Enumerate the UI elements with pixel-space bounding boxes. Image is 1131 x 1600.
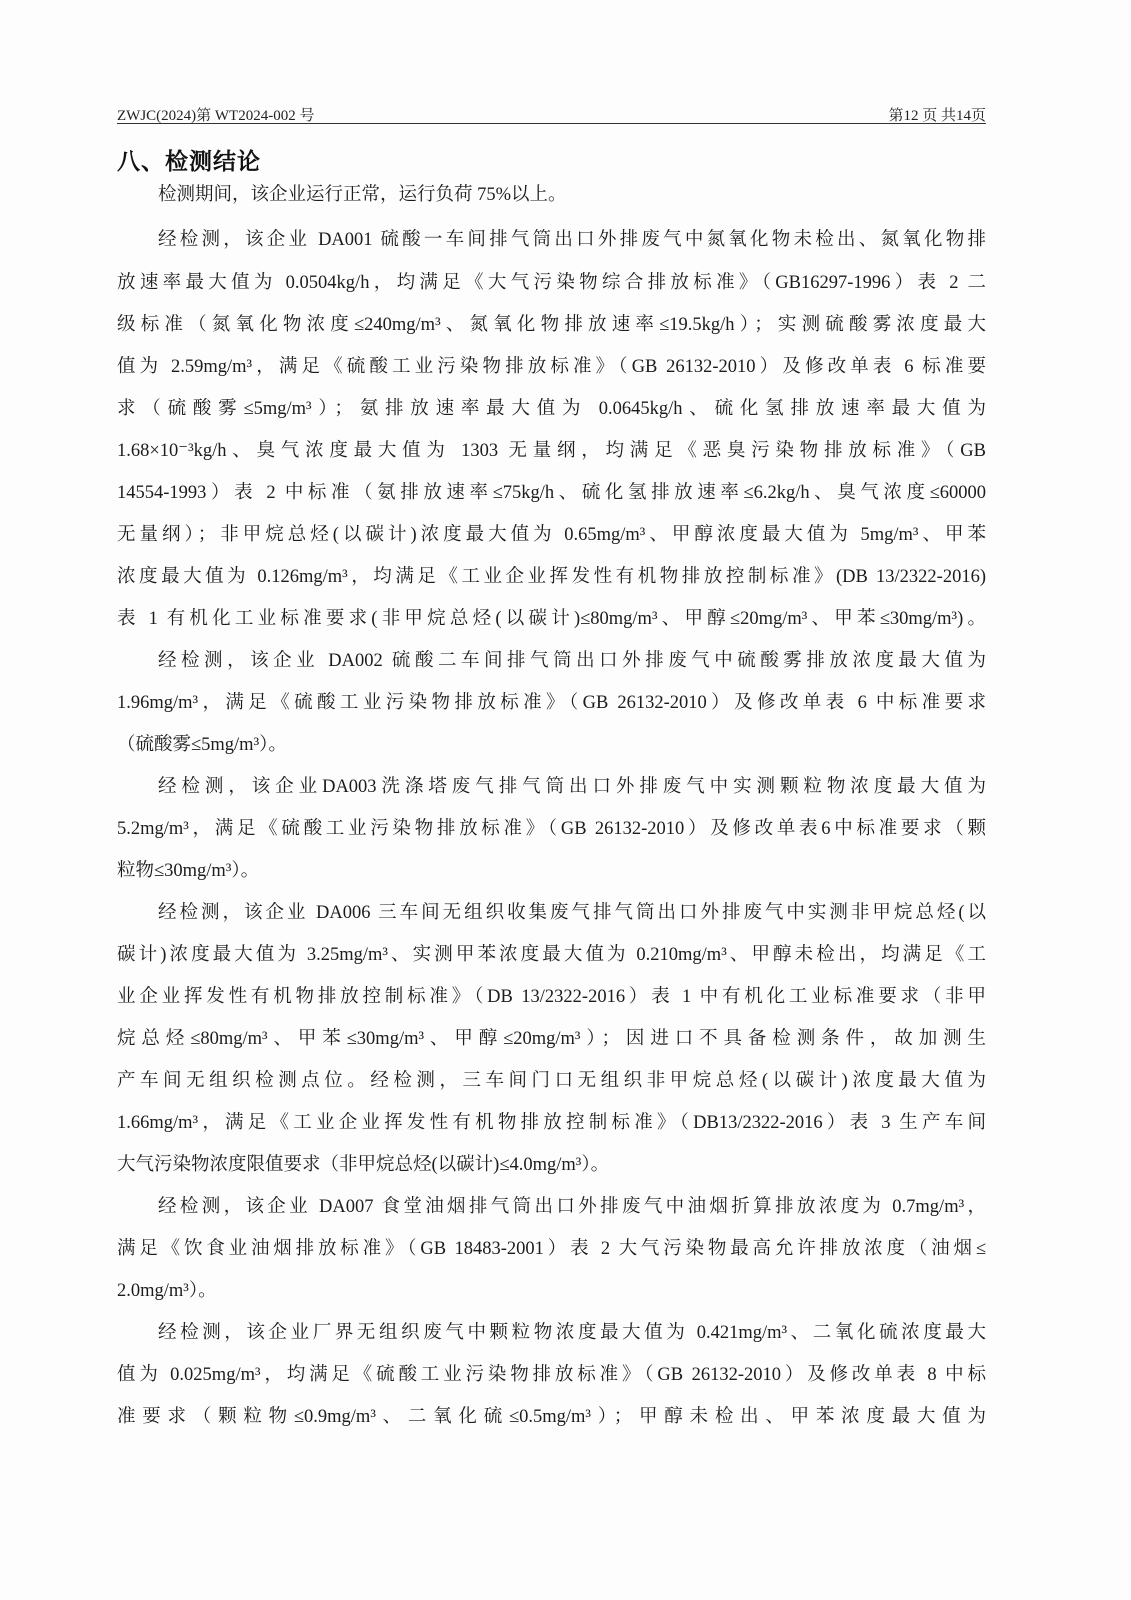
paragraph-line: 1.96mg/m³，满足《硫酸工业污染物排放标准》（GB 26132-2010）… <box>117 691 986 715</box>
paragraph-line: 5.2mg/m³，满足《硫酸工业污染物排放标准》（GB 26132-2010）及… <box>117 817 986 841</box>
page-header: ZWJC(2024)第 WT2024-002 号 第12 页 共14页 <box>117 103 986 124</box>
paragraph-line: 检测期间，该企业运行正常，运行负荷 75%以上。 <box>158 183 986 207</box>
paragraph-line: 级标准（氮氧化物浓度≤240mg/m³、氮氧化物排放速率≤19.5kg/h）；实… <box>117 313 986 337</box>
paragraph-line: 粒物≤30mg/m³）。 <box>117 859 986 883</box>
section-title: 八、检测结论 <box>117 143 261 176</box>
paragraph-line: 碳计)浓度最大值为 3.25mg/m³、实测甲苯浓度最大值为 0.210mg/m… <box>117 943 986 967</box>
paragraph-line: 经检测，该企业 DA001 硫酸一车间排气筒出口外排废气中氮氧化物未检出、氮氧化… <box>158 228 986 252</box>
page-number: 第12 页 共14页 <box>888 104 986 125</box>
paragraph-line: 产车间无组织检测点位。经检测，三车间门口无组织非甲烷总烃(以碳计)浓度最大值为 <box>117 1069 986 1093</box>
paragraph-line: 经检测，该企业 DA007 食堂油烟排气筒出口外排废气中油烟折算排放浓度为 0.… <box>158 1195 986 1219</box>
paragraph-line: 求（硫酸雾≤5mg/m³）；氨排放速率最大值为 0.0645kg/h、硫化氢排放… <box>117 397 986 421</box>
report-number: ZWJC(2024)第 WT2024-002 号 <box>117 104 314 125</box>
paragraph-line: 值为 2.59mg/m³，满足《硫酸工业污染物排放标准》（GB 26132-20… <box>117 355 986 379</box>
paragraph-line: （硫酸雾≤5mg/m³）。 <box>117 733 986 757</box>
paragraph-line: 经检测，该企业DA003洗涤塔废气排气筒出口外排废气中实测颗粒物浓度最大值为 <box>158 775 986 799</box>
paragraph-line: 无量纲）；非甲烷总烃(以碳计)浓度最大值为 0.65mg/m³、甲醇浓度最大值为… <box>117 523 986 547</box>
paragraph-line: 值为 0.025mg/m³，均满足《硫酸工业污染物排放标准》（GB 26132-… <box>117 1363 986 1387</box>
paragraph-line: 经检测，该企业 DA002 硫酸二车间排气筒出口外排废气中硫酸雾排放浓度最大值为 <box>158 649 986 673</box>
paragraph-line: 表 1 有机化工业标准要求(非甲烷总烃(以碳计)≤80mg/m³、甲醇≤20mg… <box>117 607 986 631</box>
paragraph-line: 业企业挥发性有机物排放控制标准》（DB 13/2322-2016）表 1 中有机… <box>117 985 986 1009</box>
document-page: ZWJC(2024)第 WT2024-002 号 第12 页 共14页 八、检测… <box>0 0 1131 1600</box>
paragraph-line: 满足《饮食业油烟排放标准》（GB 18483-2001）表 2 大气污染物最高允… <box>117 1237 986 1261</box>
paragraph-line: 1.68×10⁻³kg/h、臭气浓度最大值为 1303 无量纲，均满足《恶臭污染… <box>117 439 986 463</box>
paragraph-line: 经检测，该企业 DA006 三车间无组织收集废气排气筒出口外排废气中实测非甲烷总… <box>158 901 986 925</box>
paragraph-line: 放速率最大值为 0.0504kg/h，均满足《大气污染物综合排放标准》（GB16… <box>117 271 986 295</box>
paragraph-line: 14554-1993）表 2 中标准（氨排放速率≤75kg/h、硫化氢排放速率≤… <box>117 481 986 505</box>
paragraph-line: 2.0mg/m³）。 <box>117 1279 986 1303</box>
paragraph-line: 经检测，该企业厂界无组织废气中颗粒物浓度最大值为 0.421mg/m³、二氧化硫… <box>158 1321 986 1345</box>
paragraph-line: 烷总烃≤80mg/m³、甲苯≤30mg/m³、甲醇≤20mg/m³）；因进口不具… <box>117 1027 986 1051</box>
paragraph-line: 准要求（颗粒物≤0.9mg/m³、二氧化硫≤0.5mg/m³）；甲醇未检出、甲苯… <box>117 1405 986 1429</box>
paragraph-line: 浓度最大值为 0.126mg/m³，均满足《工业企业挥发性有机物排放控制标准》(… <box>117 565 986 589</box>
paragraph-line: 大气污染物浓度限值要求（非甲烷总烃(以碳计)≤4.0mg/m³）。 <box>117 1153 986 1177</box>
paragraph-line: 1.66mg/m³，满足《工业企业挥发性有机物排放控制标准》（DB13/2322… <box>117 1111 986 1135</box>
